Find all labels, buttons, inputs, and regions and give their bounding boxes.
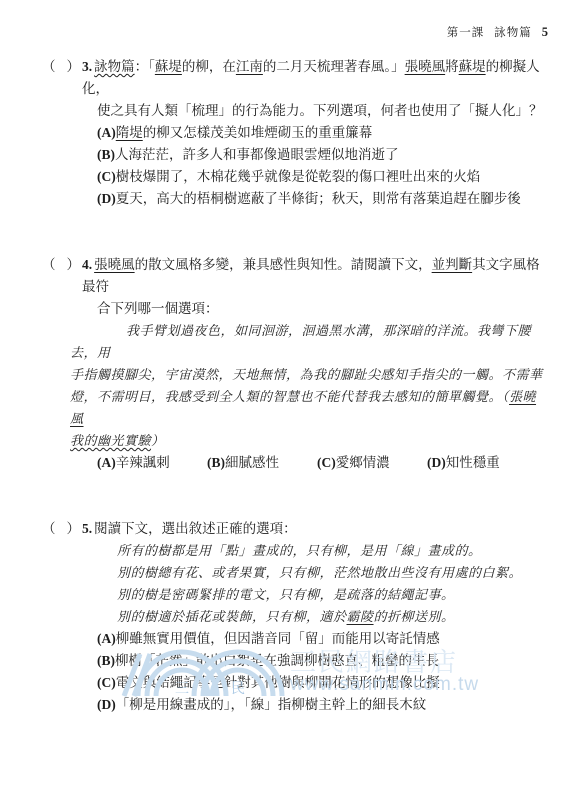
passage-line: 別的樹是密碼緊排的電文，只有柳，是疏落的結繩記事。	[117, 584, 548, 606]
text-segment: 別的樹適於插花或裝飾，只有柳，適於	[117, 609, 347, 624]
option-4B: (B)細膩感性	[207, 452, 317, 474]
passage-line: 別的樹總有花、或者果實，只有柳，茫然地散出些沒有用處的白絮。	[117, 562, 548, 584]
answer-blank: （）	[42, 518, 80, 716]
stem-line: 3.詠物篇：「蘇堤的柳，在江南的二月天梳理著春風。」張曉風將蘇堤的柳擬人化，	[82, 56, 548, 100]
question-content: 5.閱讀下文，選出敘述正確的選項：所有的樹都是用「點」畫成的，只有柳，是用「線」…	[82, 518, 548, 716]
option-label: (A)	[97, 455, 116, 470]
text-segment: 使之具有人類「梳理」的行為能力。下列選項，何者也使用了「擬人化」？	[97, 103, 543, 118]
option-5A: (A)柳雖無實用價值，但因諧音同「留」而能用以寄託情感	[82, 628, 548, 650]
text-segment: 蘇堤	[459, 59, 486, 74]
text-segment: 手指觸摸腳尖，宇宙漠然，天地無情，為我的腳趾尖感知手指尖的一觸。不需華	[70, 367, 543, 382]
text-segment: 詠物篇	[94, 59, 135, 74]
text-segment: 的折柳送別。	[374, 609, 455, 624]
passage-line: 手指觸摸腳尖，宇宙漠然，天地無情，為我的腳趾尖感知手指尖的一觸。不需華	[70, 364, 548, 386]
passage-line: 我的幽光實驗）	[70, 430, 548, 452]
option-4A: (A)辛辣諷刺	[97, 452, 207, 474]
option-3D: (D)夏天，高大的梧桐樹遮蔽了半條街；秋天，則常有落葉追趕在腳步後	[82, 188, 548, 210]
reading-passage: 我手臂划過夜色，如同洄游，洄過黑水溝，那深暗的洋流。我彎下腰去，用手指觸摸腳尖，…	[70, 320, 548, 452]
text-segment: 霸陵	[347, 609, 374, 624]
text-segment: 我手臂划過夜色，如同洄游，洄過黑水溝，那深暗的洋流。我彎下腰去，用	[70, 323, 531, 360]
text-segment: 的散文風格多變，兼具感性與知性。請閱讀下文，	[135, 257, 432, 272]
question-4: （）4.張曉風的散文風格多變，兼具感性與知性。請閱讀下文，並判斷其文字風格最符合…	[42, 254, 548, 474]
text-segment: 閱讀下文，選出敘述正確的選項：	[94, 521, 297, 536]
option-label: (D)	[427, 455, 446, 470]
option-3B: (B)人海茫茫，許多人和事都像過眼雲煙似地消逝了	[82, 144, 548, 166]
option-5D: (D)「柳是用線畫成的」，「線」指柳樹主幹上的細長木紋	[82, 694, 548, 716]
passage-line: 別的樹適於插花或裝飾，只有柳，適於霸陵的折柳送別。	[117, 606, 548, 628]
option-5C: (C)電文與結繩記事是針對其他樹與柳開花情形的想像比擬	[82, 672, 548, 694]
text-segment: 燈，不需明目，我感受到全人類的智慧也不能代替我去感知的簡單觸覺。（	[70, 389, 509, 404]
stem-line: 4.張曉風的散文風格多變，兼具感性與知性。請閱讀下文，並判斷其文字風格最符	[82, 254, 548, 298]
text-segment: 隋堤	[116, 125, 143, 140]
stem-line: 使之具有人類「梳理」的行為能力。下列選項，何者也使用了「擬人化」？	[82, 100, 548, 122]
question-content: 3.詠物篇：「蘇堤的柳，在江南的二月天梳理著春風。」張曉風將蘇堤的柳擬人化，使之…	[82, 56, 548, 210]
stem-line: 合下列哪一個選項：	[82, 298, 548, 320]
blank-open: （	[42, 254, 56, 474]
option-label: (B)	[97, 653, 115, 668]
reading-passage: 所有的樹都是用「點」畫成的，只有柳，是用「線」畫成的。別的樹總有花、或者果實，只…	[117, 540, 548, 628]
page-number: 5	[542, 25, 549, 39]
text-segment: 並判斷	[432, 257, 473, 272]
text-segment: 辛辣諷刺	[116, 455, 170, 470]
text-segment: 的柳，在	[182, 59, 236, 74]
text-segment: 所有的樹都是用「點」畫成的，只有柳，是用「線」畫成的。	[117, 543, 482, 558]
option-label: (B)	[207, 455, 225, 470]
option-4C: (C)愛鄉情濃	[317, 452, 427, 474]
option-label: (C)	[97, 169, 116, 184]
text-segment: 張曉風	[405, 59, 446, 74]
question-3: （）3.詠物篇：「蘇堤的柳，在江南的二月天梳理著春風。」張曉風將蘇堤的柳擬人化，…	[42, 56, 548, 210]
text-segment: 我的幽光實驗	[70, 433, 151, 448]
passage-line: 我手臂划過夜色，如同洄游，洄過黑水溝，那深暗的洋流。我彎下腰去，用	[70, 320, 548, 364]
option-label: (C)	[317, 455, 336, 470]
options: (A)柳雖無實用價值，但因諧音同「留」而能用以寄託情感(B)柳樹「茫然」散出白絮…	[82, 628, 548, 716]
passage-line: 燈，不需明目，我感受到全人類的智慧也不能代替我去感知的簡單觸覺。（張曉風	[70, 386, 548, 430]
option-label: (B)	[97, 147, 115, 162]
question-number: 3.	[82, 59, 92, 74]
passage-line: 所有的樹都是用「點」畫成的，只有柳，是用「線」畫成的。	[117, 540, 548, 562]
option-label: (D)	[97, 697, 116, 712]
option-label: (A)	[97, 631, 116, 646]
option-label: (D)	[97, 191, 116, 206]
text-segment: 柳雖無實用價值，但因諧音同「留」而能用以寄託情感	[116, 631, 440, 646]
option-4D: (D)知性穩重	[427, 452, 537, 474]
option-label: (A)	[97, 125, 116, 140]
text-segment: 愛鄉情濃	[336, 455, 390, 470]
answer-blank: （）	[42, 56, 80, 210]
blank-open: （	[42, 518, 56, 716]
text-segment: 的柳又怎樣茂美如堆煙砌玉的重重簾幕	[143, 125, 373, 140]
question-5: （）5.閱讀下文，選出敘述正確的選項：所有的樹都是用「點」畫成的，只有柳，是用「…	[42, 518, 548, 716]
blank-close: ）	[67, 56, 81, 210]
header-course: 第一課	[447, 27, 485, 39]
text-segment: 夏天，高大的梧桐樹遮蔽了半條街；秋天，則常有落葉追趕在腳步後	[116, 191, 521, 206]
question-content: 4.張曉風的散文風格多變，兼具感性與知性。請閱讀下文，並判斷其文字風格最符合下列…	[82, 254, 548, 474]
option-5B: (B)柳樹「茫然」散出白絮是在強調柳樹憨直、粗蠻的生長	[82, 650, 548, 672]
question-number: 4.	[82, 257, 92, 272]
blank-close: ）	[67, 518, 81, 716]
text-segment: ：「	[135, 59, 155, 74]
stem-line: 5.閱讀下文，選出敘述正確的選項：	[82, 518, 548, 540]
text-segment: 柳樹「茫然」散出白絮是在強調柳樹憨直、粗蠻的生長	[115, 653, 439, 668]
text-segment: 細膩感性	[225, 455, 279, 470]
options: (A)隋堤的柳又怎樣茂美如堆煙砌玉的重重簾幕(B)人海茫茫，許多人和事都像過眼雲…	[82, 122, 548, 210]
text-segment: 張曉風	[94, 257, 135, 272]
blank-open: （	[42, 56, 56, 210]
text-segment: 樹枝爆開了，木棉花幾乎就像是從乾裂的傷口裡吐出來的火焰	[116, 169, 481, 184]
text-segment: 別的樹是密碼緊排的電文，只有柳，是疏落的結繩記事。	[117, 587, 455, 602]
option-3A: (A)隋堤的柳又怎樣茂美如堆煙砌玉的重重簾幕	[82, 122, 548, 144]
text-segment: 的二月天梳理著春風。」	[263, 59, 405, 74]
text-segment: 「柳是用線畫成的」，「線」指柳樹主幹上的細長木紋	[116, 697, 427, 712]
page-header: 第一課詠物篇5	[447, 24, 549, 40]
option-label: (C)	[97, 675, 116, 690]
questions: （）3.詠物篇：「蘇堤的柳，在江南的二月天梳理著春風。」張曉風將蘇堤的柳擬人化，…	[42, 56, 548, 716]
text-segment: 將	[445, 59, 459, 74]
text-segment: 蘇堤	[155, 59, 182, 74]
header-section: 詠物篇	[494, 27, 532, 39]
text-segment: 合下列哪一個選項：	[97, 301, 219, 316]
options: (A)辛辣諷刺(B)細膩感性(C)愛鄉情濃(D)知性穩重	[82, 452, 548, 474]
text-segment: 人海茫茫，許多人和事都像過眼雲煙似地消逝了	[115, 147, 399, 162]
text-segment: 別的樹總有花、或者果實，只有柳，茫然地散出些沒有用處的白絮。	[117, 565, 522, 580]
text-segment: 知性穩重	[446, 455, 500, 470]
text-segment: 江南	[236, 59, 263, 74]
question-number: 5.	[82, 521, 92, 536]
option-3C: (C)樹枝爆開了，木棉花幾乎就像是從乾裂的傷口裡吐出來的火焰	[82, 166, 548, 188]
text-segment: ）	[151, 433, 165, 448]
text-segment: 電文與結繩記事是針對其他樹與柳開花情形的想像比擬	[116, 675, 440, 690]
